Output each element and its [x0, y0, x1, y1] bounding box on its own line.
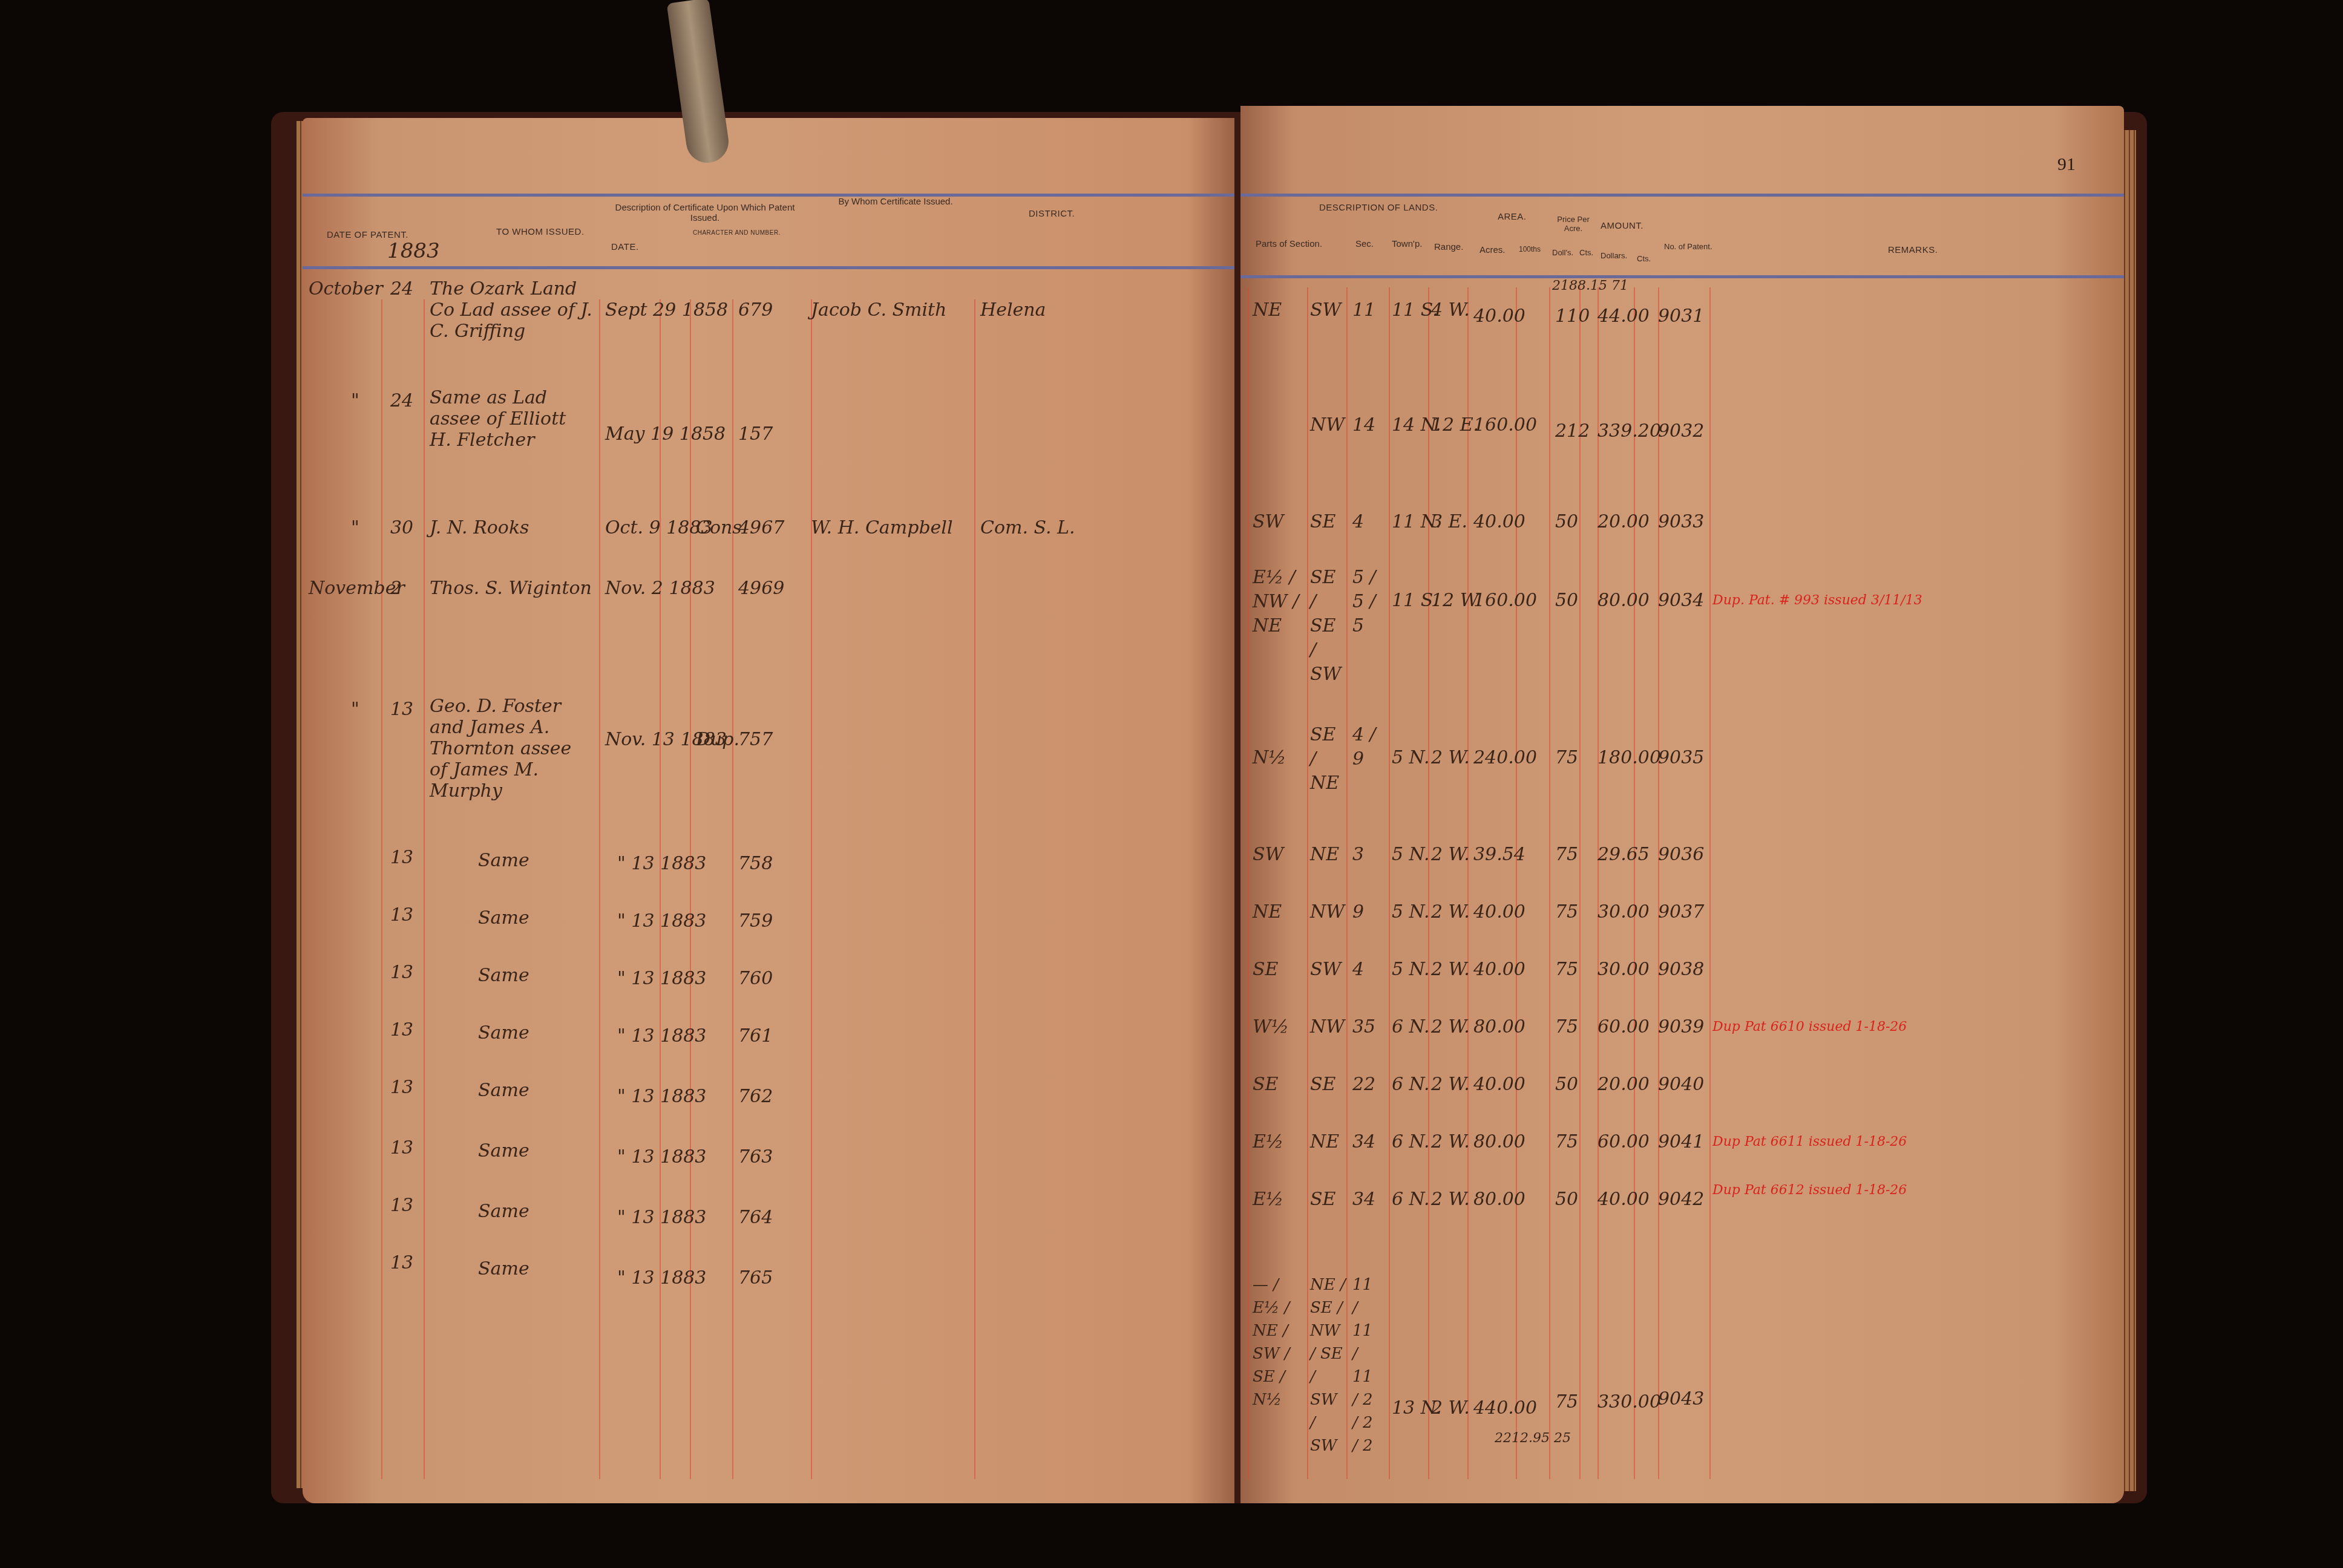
col-rule — [732, 299, 733, 1479]
header-cert-date: DATE. — [611, 242, 639, 252]
entry-patent-no: 9040 — [1658, 1074, 1704, 1095]
header-top-rule — [303, 194, 1234, 197]
entry-sec: 4 — [1352, 511, 1364, 532]
header-area: AREA. — [1498, 212, 1527, 222]
entry-acres: 440.00 — [1473, 1397, 1537, 1419]
entry-day: 24 — [390, 390, 413, 411]
entry-quarter: NE — [1310, 844, 1339, 865]
entry-amount: 44.00 — [1597, 305, 1650, 327]
entry-cert-char: Cons — [696, 517, 742, 538]
entry-day: 13 — [390, 962, 413, 983]
entry-range: 2 W. — [1431, 1131, 1470, 1152]
col-rule — [1658, 287, 1659, 1479]
header-amount: AMOUNT. — [1601, 221, 1643, 231]
col-rule — [599, 299, 600, 1479]
entry-month: October — [309, 278, 383, 299]
entry-patent-no: 9033 — [1658, 511, 1704, 532]
entry-by-whom: Jacob C. Smith — [811, 299, 946, 321]
entry-twp: 5 N. — [1392, 844, 1430, 865]
entry-range: 2 W. — [1431, 1397, 1470, 1419]
entry-sec: 35 — [1352, 1016, 1375, 1037]
header-sec: Sec. — [1355, 239, 1374, 249]
entry-remarks: Dup Pat 6612 issued 1-18-26 — [1712, 1183, 1907, 1198]
entry-name: Same — [478, 850, 529, 871]
entry-cert-num: 761 — [738, 1025, 773, 1047]
entry-parts: SE — [1253, 959, 1278, 980]
entry-name: Same — [478, 1080, 529, 1101]
entry-patent-no: 9043 — [1658, 1388, 1704, 1410]
header-100ths: 100ths — [1519, 245, 1541, 253]
entry-patent-no: 9041 — [1658, 1131, 1704, 1152]
entry-twp: 5 N. — [1392, 959, 1430, 980]
col-rule — [1467, 287, 1469, 1479]
col-rule — [424, 299, 425, 1479]
entry-name: Same — [478, 1022, 529, 1044]
entry-acres: 40.00 — [1473, 901, 1525, 923]
entry-sec: 4 / 9 — [1352, 723, 1377, 771]
entry-twp: 6 N. — [1392, 1131, 1430, 1152]
col-rule — [1346, 287, 1348, 1479]
col-rule — [1579, 287, 1581, 1479]
entry-twp: 6 N. — [1392, 1016, 1430, 1037]
entry-amount: 80.00 — [1597, 590, 1650, 611]
entry-sec: 34 — [1352, 1189, 1375, 1210]
entry-patent-no: 9036 — [1658, 844, 1704, 865]
entry-month: " — [351, 390, 359, 411]
entry-parts: SW — [1253, 844, 1283, 865]
entry-patent-no: 9042 — [1658, 1189, 1704, 1210]
entry-quarter: SE — [1310, 1189, 1335, 1210]
entry-parts: NE — [1253, 299, 1282, 321]
header-dolls: Doll's. — [1552, 248, 1573, 257]
entry-cert-date: " 13 1883 — [617, 1267, 706, 1289]
entry-day: 13 — [390, 1019, 413, 1040]
entry-sec: 11 — [1352, 299, 1375, 321]
entry-name: Same — [478, 907, 529, 929]
entry-acres: 40.00 — [1473, 1074, 1525, 1095]
margin-note: 2188.15 71 — [1552, 278, 1628, 293]
entry-quarter: SE / SE / SW — [1310, 566, 1346, 687]
entry-range: 2 W. — [1431, 1016, 1470, 1037]
entry-cert-num: 759 — [738, 910, 773, 932]
entry-day: 13 — [390, 1137, 413, 1158]
entry-range: 2 W. — [1431, 959, 1470, 980]
entry-range: 4 W. — [1431, 299, 1470, 321]
entry-cert-num: 4967 — [738, 517, 784, 538]
entry-price: 75 — [1555, 747, 1578, 768]
entry-acres: 40.00 — [1473, 511, 1525, 532]
entry-twp: 6 N. — [1392, 1189, 1430, 1210]
entry-day: 13 — [390, 1252, 413, 1273]
entry-parts: W½ — [1253, 1016, 1289, 1037]
entry-parts: N½ — [1253, 747, 1286, 768]
entry-patent-no: 9039 — [1658, 1016, 1704, 1037]
entry-quarter: NW — [1310, 414, 1345, 436]
entry-acres: 160.00 — [1473, 590, 1537, 611]
entry-amount: 180.00 — [1597, 747, 1661, 768]
entry-cert-num: 763 — [738, 1146, 773, 1168]
year-mark: 1883 — [387, 239, 440, 263]
entry-sec: 11 / 11 / 11 / 2 / 2 / 2 — [1352, 1273, 1383, 1457]
header-bottom-rule — [303, 266, 1234, 269]
entry-amount: 60.00 — [1597, 1131, 1650, 1152]
col-rule — [1307, 287, 1308, 1479]
entry-amount: 20.00 — [1597, 511, 1650, 532]
entry-patent-no: 9037 — [1658, 901, 1704, 923]
entry-price: 212 — [1555, 420, 1590, 442]
entry-cert-num: 760 — [738, 968, 773, 989]
entry-range: 2 W. — [1431, 1074, 1470, 1095]
entry-price: 50 — [1555, 511, 1578, 532]
entry-price: 75 — [1555, 1131, 1578, 1152]
entry-quarter: NW — [1310, 901, 1345, 923]
entry-sec: 9 — [1352, 901, 1364, 923]
entry-sec: 5 / 5 / 5 — [1352, 566, 1377, 638]
entry-patent-no: 9035 — [1658, 747, 1704, 768]
entry-cert-date: " 13 1883 — [617, 1146, 706, 1168]
col-rule — [381, 299, 382, 1479]
entry-amount: 339.20 — [1597, 420, 1661, 442]
entry-price: 75 — [1555, 1391, 1578, 1413]
entry-price: 110 — [1555, 305, 1590, 327]
entry-quarter: SE — [1310, 511, 1335, 532]
col-rule — [1428, 287, 1429, 1479]
entry-price: 75 — [1555, 844, 1578, 865]
entry-quarter: SE — [1310, 1074, 1335, 1095]
entry-amount: 30.00 — [1597, 959, 1650, 980]
entry-parts: NE — [1253, 901, 1282, 923]
page-number: 91 — [2057, 154, 2076, 175]
entry-quarter: NE — [1310, 1131, 1339, 1152]
entry-acres: 160.00 — [1473, 414, 1537, 436]
entry-by-whom: W. H. Campbell — [811, 517, 953, 538]
entry-district: Com. S. L. — [980, 517, 1075, 538]
entry-sec: 34 — [1352, 1131, 1375, 1152]
entry-parts: SW — [1253, 511, 1283, 532]
entry-amount: 30.00 — [1597, 901, 1650, 923]
entry-cert-date: " 13 1883 — [617, 1086, 706, 1107]
entry-amount: 20.00 — [1597, 1074, 1650, 1095]
col-rule — [1549, 287, 1550, 1479]
entry-acres: 80.00 — [1473, 1016, 1525, 1037]
entry-patent-no: 9032 — [1658, 420, 1704, 442]
header-price-cts: Cts. — [1579, 248, 1593, 257]
entry-amount: 29.65 — [1597, 844, 1650, 865]
entry-name: Same — [478, 1201, 529, 1222]
col-rule — [1709, 287, 1711, 1479]
header-district: DISTRICT. — [1029, 209, 1075, 219]
entry-acres: 240.00 — [1473, 747, 1537, 768]
entry-sec: 4 — [1352, 959, 1364, 980]
left-page: DATE OF PATENT. TO WHOM ISSUED. Descript… — [303, 118, 1234, 1503]
header-acres: Acres. — [1480, 245, 1506, 255]
entry-cert-num: 765 — [738, 1267, 773, 1289]
entry-name: Geo. D. Foster and James A. Thornton ass… — [430, 696, 593, 802]
entry-name: Same as Lad assee of Elliott H. Fletcher — [430, 387, 593, 451]
header-price-per-acre: Price Per Acre. — [1552, 215, 1594, 233]
entry-day: 13 — [390, 847, 413, 868]
entry-remarks: Dup. Pat. # 993 issued 3/11/13 — [1712, 593, 1922, 608]
entry-day: 24 — [390, 278, 413, 299]
entry-price: 75 — [1555, 1016, 1578, 1037]
entry-twp: 5 N. — [1392, 901, 1430, 923]
entry-quarter: SW — [1310, 299, 1341, 321]
header-cert-char-num: CHARACTER AND NUMBER. — [693, 230, 781, 237]
entry-day: 2 — [390, 578, 402, 599]
entry-price: 75 — [1555, 959, 1578, 980]
entry-remarks: Dup Pat 6611 issued 1-18-26 — [1712, 1134, 1907, 1149]
entry-name: Same — [478, 965, 529, 986]
entry-parts: E½ / NW / NE — [1253, 566, 1307, 638]
entry-cert-num: 157 — [738, 423, 773, 445]
right-page: 91 DESCRIPTION OF LANDS. Parts of Sectio… — [1240, 106, 2124, 1503]
entry-cert-num: 758 — [738, 853, 773, 874]
entry-range: 2 W. — [1431, 844, 1470, 865]
entry-day: 13 — [390, 1195, 413, 1216]
col-rule — [690, 299, 691, 1479]
entry-day: 13 — [390, 904, 413, 926]
col-rule — [1634, 287, 1635, 1479]
entry-cert-num: 762 — [738, 1086, 773, 1107]
entry-cert-num: 757 — [738, 729, 773, 750]
entry-name: J. N. Rooks — [430, 517, 529, 538]
entry-sec: 14 — [1352, 414, 1375, 436]
entry-range: 3 E. — [1431, 511, 1467, 532]
entry-range: 2 W. — [1431, 747, 1470, 768]
entry-remarks: Dup Pat 6610 issued 1-18-26 — [1712, 1019, 1907, 1034]
entry-cert-char: Dup. — [696, 729, 739, 750]
entry-cert-date: " 13 1883 — [617, 910, 706, 932]
entry-parts: E½ — [1253, 1131, 1283, 1152]
entry-name: The Ozark Land Co Lad assee of J. C. Gri… — [430, 278, 593, 342]
margin-note: 2212.95 25 — [1495, 1431, 1571, 1446]
entry-district: Helena — [980, 299, 1046, 321]
entry-quarter: NW — [1310, 1016, 1345, 1037]
col-rule — [1597, 287, 1599, 1479]
entry-month: " — [351, 517, 359, 538]
entry-day: 30 — [390, 517, 413, 538]
entry-acres: 40.00 — [1473, 305, 1525, 327]
col-rule — [1516, 287, 1517, 1479]
entry-cert-num: 764 — [738, 1207, 773, 1228]
entry-quarter: SW — [1310, 959, 1341, 980]
header-top-rule — [1240, 194, 2124, 197]
entry-sec: 3 — [1352, 844, 1364, 865]
entry-day: 13 — [390, 699, 413, 720]
entry-acres: 40.00 — [1473, 959, 1525, 980]
entry-acres: 80.00 — [1473, 1189, 1525, 1210]
col-rule — [974, 299, 975, 1479]
header-range: Range. — [1434, 242, 1463, 252]
entry-quarter: SE / NE — [1310, 723, 1346, 795]
entry-price: 75 — [1555, 901, 1578, 923]
entry-cert-date: " 13 1883 — [617, 853, 706, 874]
entry-patent-no: 9034 — [1658, 590, 1704, 611]
entry-cert-date: " 13 1883 — [617, 1207, 706, 1228]
entry-range: 12 E. — [1431, 414, 1479, 436]
entry-cert-date: May 19 1858 — [605, 423, 726, 445]
entry-twp: 5 N. — [1392, 747, 1430, 768]
entry-cert-date: Nov. 2 1883 — [605, 578, 715, 599]
entry-name: Thos. S. Wiginton — [430, 578, 592, 599]
header-bottom-rule — [1240, 275, 2124, 278]
entry-cert-date: " 13 1883 — [617, 1025, 706, 1047]
entry-parts: SE — [1253, 1074, 1278, 1095]
entry-twp: 6 N. — [1392, 1074, 1430, 1095]
entry-amount: 40.00 — [1597, 1189, 1650, 1210]
entry-parts: — / E½ / NE / SW / SE / N½ — [1253, 1273, 1307, 1411]
header-township: Town'p. — [1392, 239, 1422, 249]
header-parts-of-section: Parts of Section. — [1256, 239, 1322, 249]
entry-day: 13 — [390, 1077, 413, 1098]
col-rule — [1389, 287, 1390, 1479]
entry-cert-num: 4969 — [738, 578, 784, 599]
header-to-whom-issued: TO WHOM ISSUED. — [496, 227, 585, 237]
col-rule — [811, 299, 812, 1479]
entry-amount: 60.00 — [1597, 1016, 1650, 1037]
col-rule — [660, 299, 661, 1479]
header-description-of-lands: DESCRIPTION OF LANDS. — [1319, 203, 1438, 213]
entry-price: 50 — [1555, 1074, 1578, 1095]
col-rule — [1248, 287, 1249, 1479]
entry-range: 2 W. — [1431, 901, 1470, 923]
entry-range: 2 W. — [1431, 1189, 1470, 1210]
entry-price: 50 — [1555, 1189, 1578, 1210]
header-certificate-description: Description of Certificate Upon Which Pa… — [605, 203, 805, 223]
entry-quarter: NE / SE / NW / SE / SW / SW — [1310, 1273, 1346, 1457]
entry-patent-no: 9038 — [1658, 959, 1704, 980]
header-no-of-patent: No. of Patent. — [1664, 242, 1712, 251]
entry-month: " — [351, 699, 359, 720]
entry-amount: 330.00 — [1597, 1391, 1661, 1413]
entry-cert-num: 679 — [738, 299, 773, 321]
entry-cert-date: " 13 1883 — [617, 968, 706, 989]
entry-cert-date: Sept 29 1858 — [605, 299, 728, 321]
entry-sec: 22 — [1352, 1074, 1375, 1095]
header-by-whom: By Whom Certificate Issued. — [835, 197, 956, 207]
header-dollars: Dollars. — [1601, 251, 1627, 260]
entry-price: 50 — [1555, 590, 1578, 611]
entry-parts: E½ — [1253, 1189, 1283, 1210]
entry-acres: 39.54 — [1473, 844, 1525, 865]
entry-acres: 80.00 — [1473, 1131, 1525, 1152]
entry-patent-no: 9031 — [1658, 305, 1704, 327]
entry-name: Same — [478, 1140, 529, 1161]
header-remarks: REMARKS. — [1888, 245, 1938, 255]
header-amount-cts: Cts. — [1637, 254, 1651, 263]
entry-name: Same — [478, 1258, 529, 1279]
